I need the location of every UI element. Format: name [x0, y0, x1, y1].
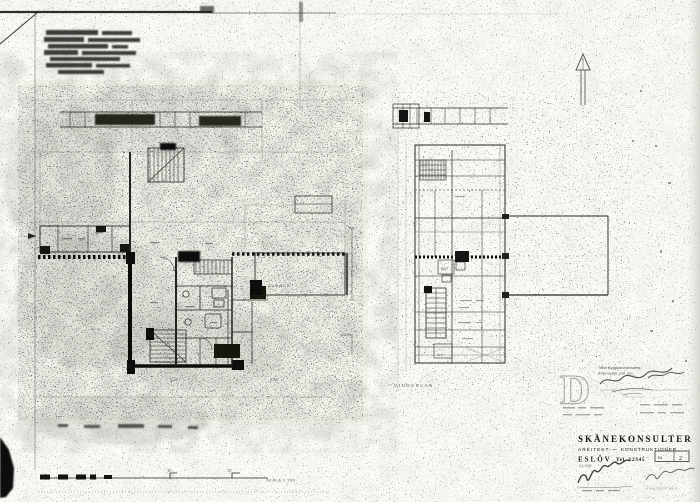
field-konstruktioner: KONSTRUKTIONER [621, 447, 677, 453]
garage-label: GARAGE [268, 284, 290, 288]
date: 6.3.1943 [579, 464, 592, 468]
right-plan-caption: VINDSPLAN [394, 383, 434, 388]
scale-label: SKALA 1:100 [266, 478, 296, 483]
room-label-klk: KLK [437, 353, 444, 357]
stamp-line1: Tillhör Byggnadsnämndens i [598, 366, 642, 370]
field-arkitekt: ARKITEKT- [578, 447, 612, 453]
scale-tick-15: 15 [227, 468, 232, 473]
phone: Tel. 12345 [616, 457, 645, 463]
sheet-number-value: 2 [679, 456, 682, 462]
scale-tick-10: 10 [167, 468, 172, 473]
room-label-bad: BAD [441, 267, 448, 271]
dim-text-left: 4.00 [170, 377, 179, 382]
firm-name: SKÅNEKONSULTER [578, 434, 693, 444]
field-separator: — [612, 448, 617, 453]
scanned-floor-plan: 4.00 8.20 GARAGE [0, 0, 700, 502]
signature-left-subtext [582, 490, 620, 491]
signature-right-subtext: ARKITEKT MAA [646, 487, 678, 491]
dim-text-right: 8.20 [270, 377, 279, 382]
drawing-sheet: 4.00 8.20 GARAGE [0, 0, 700, 502]
city: ESLÖV [578, 456, 612, 464]
